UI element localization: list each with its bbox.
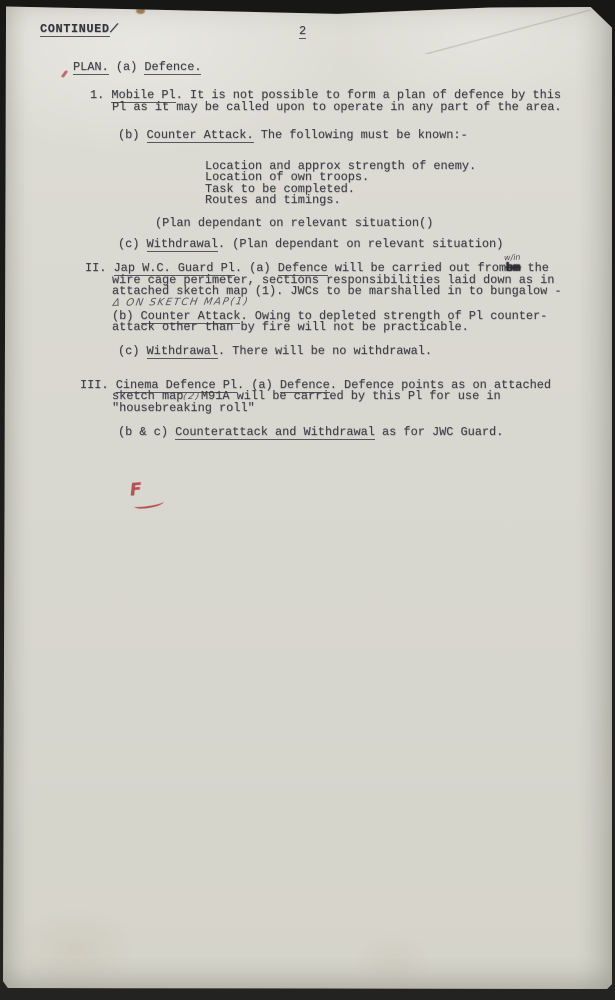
item-1-line-2: Pl as it may be called upon to operate i… — [112, 101, 562, 113]
plan-heading: PLAN. (a) Defence. — [73, 61, 201, 73]
item-1-withdrawal-line: (c) Withdrawal. (Plan dependant on relev… — [118, 238, 503, 250]
item-2-withdrawal-line: (c) Withdrawal. There will be no withdra… — [118, 345, 432, 357]
item-3-line-3: "housebreaking roll" — [112, 402, 255, 414]
pencil-insertion: w/in — [504, 254, 521, 263]
red-underline-mark — [134, 498, 165, 510]
continued-stamp: CONTINUED/ — [40, 23, 117, 35]
item-1-plan-note: (Plan dependant on relevant situation() — [155, 217, 433, 229]
item-2-line-3: attached sketch map (1). JWCs to be mars… — [112, 285, 562, 297]
list-item: Routes and timings. — [205, 194, 341, 206]
paper-stain — [136, 8, 145, 14]
document-page: CONTINUED/ 2 PLAN. (a) Defence. 1. Mobil… — [3, 4, 612, 989]
pencil-note-sketch-map: Δ ON SKETCH MAP(1) — [112, 296, 250, 308]
red-letter-annotation: F — [129, 482, 142, 500]
red-tick-mark — [61, 70, 69, 78]
item-3-bc-line: (b & c) Counterattack and Withdrawal as … — [118, 426, 503, 438]
continued-label: CONTINUED — [40, 22, 110, 37]
paper-fold-crease — [403, 10, 613, 54]
item-1-counter-attack-line: (b) Counter Attack. The following must b… — [118, 129, 468, 141]
item-2-counter-attack-line-2: attack other than by fire will not be pr… — [112, 321, 469, 333]
page-number: 2 — [299, 25, 306, 37]
